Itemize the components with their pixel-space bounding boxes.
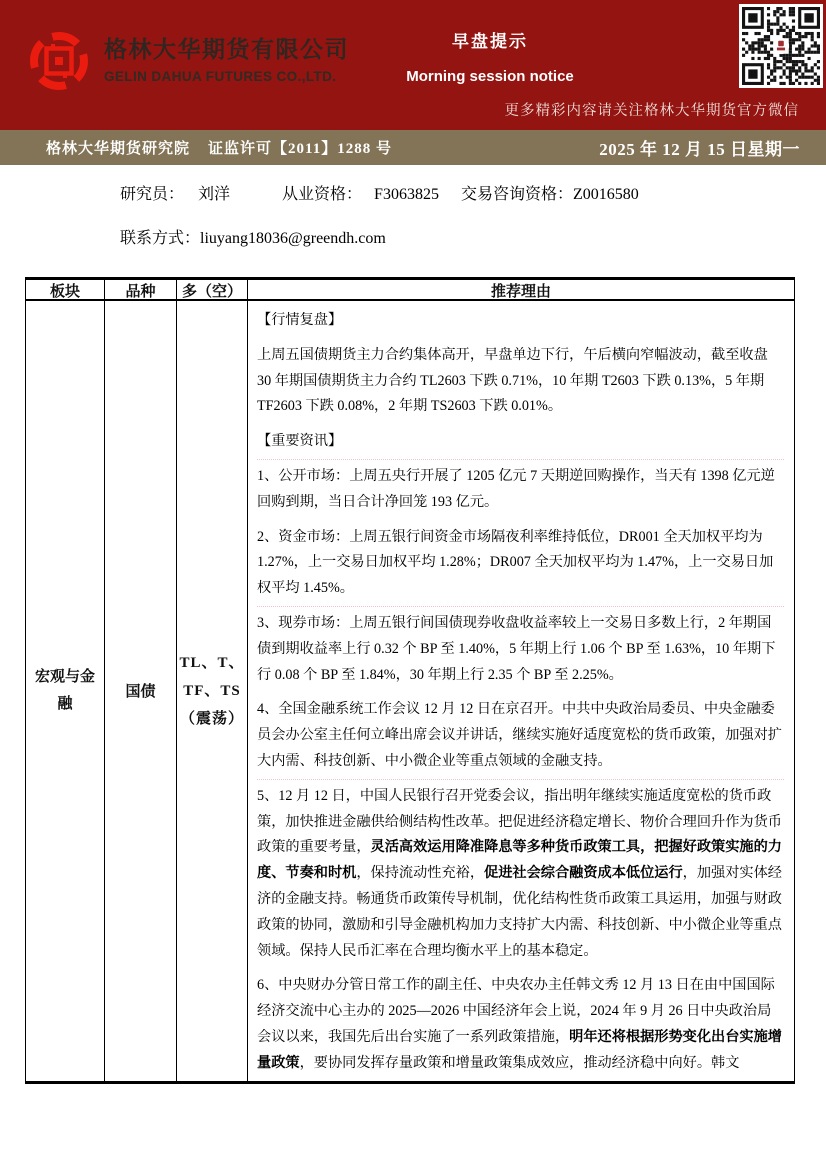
table-header-row: 板块 品种 多（空） 推荐理由 [26,280,794,301]
position-line: TL、T、 [179,649,244,677]
sector-value: 宏观与金融 [32,664,98,718]
reason-paragraph: 4、全国金融系统工作会议 12 月 12 日在京召开。中共中央政治局委员、中央金… [257,697,784,774]
license-number: 证监许可【2011】1288 号 [208,141,392,157]
reason-paragraph: 2、资金市场：上周五银行间资金市场隔夜利率维持低位，DR001 全天加权平均为 … [257,525,784,602]
morning-notice-page: 格林大华期货有限公司 GELIN DAHUA FUTURES CO.,LTD. … [0,0,826,1169]
reason-paragraph: 6、中央财办分管日常工作的副主任、中央农办主任韩文秀 12 月 13 日在由中国… [257,973,784,1076]
column-header-sector: 板块 [26,280,104,301]
reason-paragraph: 5、12 月 12 日，中国人民银行召开党委会议，指出明年继续实施适度宽松的货币… [257,784,784,965]
company-logo-icon [29,31,89,91]
company-name-cn: 格林大华期货有限公司 [104,31,349,64]
institute-license: 格林大华期货研究院证监许可【2011】1288 号 [46,137,410,158]
report-date: 2025 年 12 月 15 日星期一 [599,135,800,160]
notice-title-en: Morning session notice [400,68,580,85]
position-cell-lines: TL、T、TF、TS（震荡） [179,649,244,733]
reason-paragraph: 3、现券市场：上周五银行间国债现券收盘收益率较上一交易日多数上行，2 年期国债到… [257,611,784,688]
column-header-reason: 推荐理由 [247,280,794,301]
wechat-qr-code [739,4,823,88]
reason-paragraph: 【行情复盘】 [257,308,784,334]
table-body-row: 宏观与金融 国债 TL、T、TF、TS（震荡） 【行情复盘】上周五国债期货主力合… [26,301,794,1081]
researcher-row: 研究员：刘洋从业资格：F3063825交易咨询资格：Z0016580 [120,181,639,204]
position-line: （震荡） [179,705,244,733]
column-header-variety: 品种 [104,280,176,301]
company-name-block: 格林大华期货有限公司 GELIN DAHUA FUTURES CO.,LTD. [104,31,349,84]
sector-cell: 宏观与金融 [26,301,104,1081]
wechat-tagline: 更多精彩内容请关注格林大华期货官方微信 [505,99,800,120]
qualification-label: 从业资格： [282,186,362,203]
reason-cell: 【行情复盘】上周五国债期货主力合约集体高开，早盘单边下行，午后横向窄幅波动，截至… [247,301,794,1081]
column-header-position: 多（空） [176,280,247,301]
reason-paragraph: 1、公开市场：上周五央行开展了 1205 亿元 7 天期逆回购操作，当天有 13… [257,464,784,516]
header-banner: 格林大华期货有限公司 GELIN DAHUA FUTURES CO.,LTD. … [0,0,826,130]
reason-paragraph: 【重要资讯】 [257,429,784,455]
qualification-number: F3063825 [374,186,439,203]
contact-email: liuyang18036@greendh.com [200,230,386,247]
researcher-name-label: 研究员： [120,186,184,203]
position-cell: TL、T、TF、TS（震荡） [176,301,247,1081]
recommendation-table: 板块 品种 多（空） 推荐理由 宏观与金融 国债 TL、T、TF、TS（震荡） … [25,277,795,1084]
position-line: TF、TS [179,677,244,705]
subheader-bar: 格林大华期货研究院证监许可【2011】1288 号 2025 年 12 月 15… [0,130,826,165]
contact-row: 联系方式：liuyang18036@greendh.com [120,225,639,248]
variety-value: 国债 [125,680,155,701]
researcher-info: 研究员：刘洋从业资格：F3063825交易咨询资格：Z0016580 联系方式：… [120,181,639,248]
variety-cell: 国债 [104,301,176,1081]
reason-paragraph: 上周五国债期货主力合约集体高开，早盘单边下行，午后横向窄幅波动，截至收盘 30 … [257,343,784,420]
institute-name: 格林大华期货研究院 [46,141,190,157]
company-name-en: GELIN DAHUA FUTURES CO.,LTD. [104,69,349,84]
notice-title-block: 早盘提示 Morning session notice [400,27,580,85]
researcher-name: 刘洋 [198,186,230,203]
contact-label: 联系方式： [120,230,200,247]
advisory-label: 交易咨询资格： [461,186,573,203]
notice-title-cn: 早盘提示 [400,27,580,52]
advisory-number: Z0016580 [573,186,639,203]
